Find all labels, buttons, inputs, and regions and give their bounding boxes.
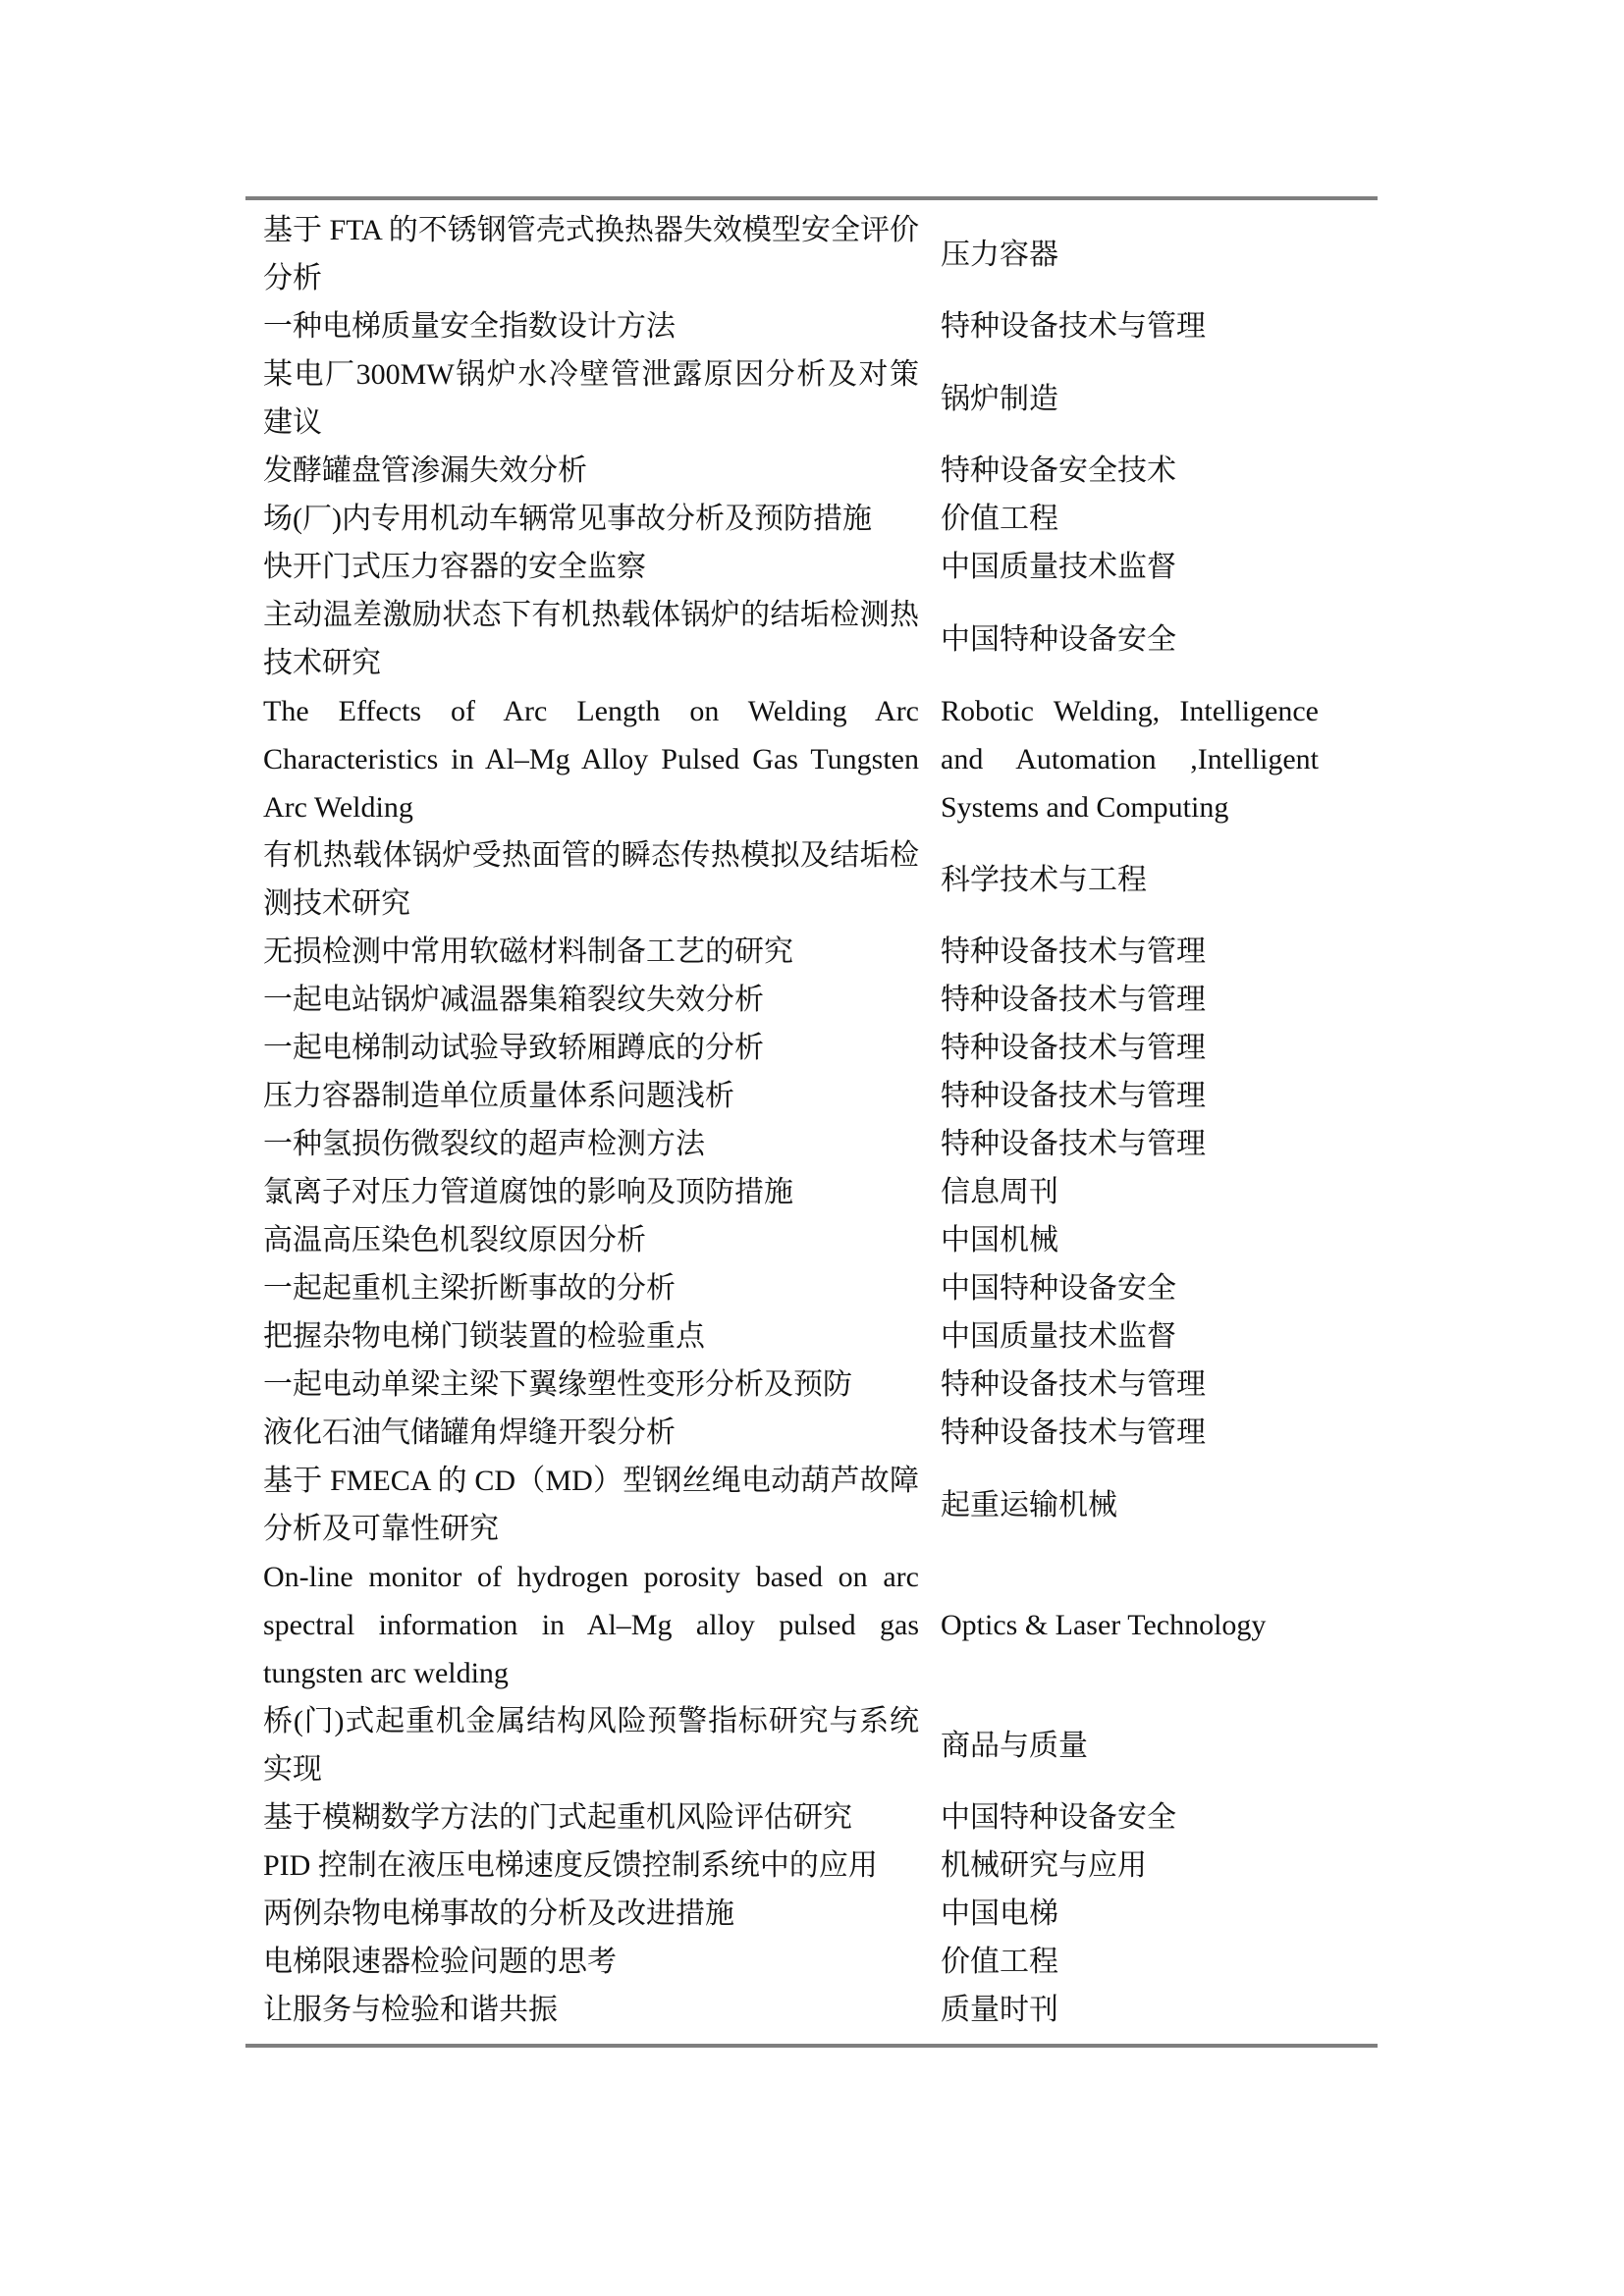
paper-title: 某电厂300MW锅炉水冷壁管泄露原因分析及对策建议 bbox=[245, 350, 941, 447]
journal-name: 信息周刊 bbox=[941, 1168, 1378, 1216]
table-row: 有机热载体锅炉受热面管的瞬态传热模拟及结垢检测技术研究 科学技术与工程 bbox=[245, 831, 1378, 928]
journal-name: 特种设备安全技术 bbox=[941, 447, 1378, 495]
paper-title: 压力容器制造单位质量体系问题浅析 bbox=[245, 1072, 941, 1120]
journal-name: 中国机械 bbox=[941, 1216, 1378, 1264]
journal-name: 价值工程 bbox=[941, 1938, 1378, 1986]
table-row: 一种氢损伤微裂纹的超声检测方法 特种设备技术与管理 bbox=[245, 1120, 1378, 1168]
paper-title: 一起电梯制动试验导致轿厢蹲底的分析 bbox=[245, 1024, 941, 1072]
paper-title: 一种氢损伤微裂纹的超声检测方法 bbox=[245, 1120, 941, 1168]
table-row: PID 控制在液压电梯速度反馈控制系统中的应用 机械研究与应用 bbox=[245, 1842, 1378, 1890]
paper-title: 基于 FMECA 的 CD（MD）型钢丝绳电动葫芦故障分析及可靠性研究 bbox=[245, 1457, 941, 1553]
paper-title: 场(厂)内专用机动车辆常见事故分析及预防措施 bbox=[245, 495, 941, 543]
journal-name: 特种设备技术与管理 bbox=[941, 1072, 1378, 1120]
paper-title: PID 控制在液压电梯速度反馈控制系统中的应用 bbox=[245, 1842, 941, 1890]
paper-title: 主动温差激励状态下有机热载体锅炉的结垢检测热技术研究 bbox=[245, 591, 941, 687]
journal-name: Robotic Welding, Intelligence and Automa… bbox=[941, 687, 1378, 831]
table-row: 主动温差激励状态下有机热载体锅炉的结垢检测热技术研究 中国特种设备安全 bbox=[245, 591, 1378, 687]
table-row: 桥(门)式起重机金属结构风险预警指标研究与系统实现 商品与质量 bbox=[245, 1697, 1378, 1793]
table-row: 电梯限速器检验问题的思考 价值工程 bbox=[245, 1938, 1378, 1986]
table-row: 两例杂物电梯事故的分析及改进措施 中国电梯 bbox=[245, 1890, 1378, 1938]
paper-title: 一种电梯质量安全指数设计方法 bbox=[245, 302, 941, 350]
table-row: 某电厂300MW锅炉水冷壁管泄露原因分析及对策建议 锅炉制造 bbox=[245, 350, 1378, 447]
journal-name: 中国电梯 bbox=[941, 1890, 1378, 1938]
table-row: 液化石油气储罐角焊缝开裂分析 特种设备技术与管理 bbox=[245, 1409, 1378, 1457]
table-row: 一种电梯质量安全指数设计方法 特种设备技术与管理 bbox=[245, 302, 1378, 350]
publication-table: 基于 FTA 的不锈钢管壳式换热器失效模型安全评价分析 压力容器 一种电梯质量安… bbox=[245, 196, 1378, 2048]
paper-title: 高温高压染色机裂纹原因分析 bbox=[245, 1216, 941, 1264]
paper-title: 让服务与检验和谐共振 bbox=[245, 1986, 941, 2034]
table-row: 一起电梯制动试验导致轿厢蹲底的分析 特种设备技术与管理 bbox=[245, 1024, 1378, 1072]
table-row: 把握杂物电梯门锁装置的检验重点 中国质量技术监督 bbox=[245, 1312, 1378, 1361]
table-row: The Effects of Arc Length on Welding Arc… bbox=[245, 687, 1378, 831]
journal-name: 中国特种设备安全 bbox=[941, 1264, 1378, 1312]
paper-title: 基于模糊数学方法的门式起重机风险评估研究 bbox=[245, 1793, 941, 1842]
journal-name: 中国质量技术监督 bbox=[941, 543, 1378, 591]
table-row: 压力容器制造单位质量体系问题浅析 特种设备技术与管理 bbox=[245, 1072, 1378, 1120]
journal-name: 价值工程 bbox=[941, 495, 1378, 543]
journal-name: 锅炉制造 bbox=[941, 375, 1378, 423]
table-row: 无损检测中常用软磁材料制备工艺的研究 特种设备技术与管理 bbox=[245, 928, 1378, 976]
paper-title: The Effects of Arc Length on Welding Arc… bbox=[245, 687, 941, 831]
paper-title: 电梯限速器检验问题的思考 bbox=[245, 1938, 941, 1986]
paper-title: On-line monitor of hydrogen porosity bas… bbox=[245, 1553, 941, 1697]
paper-title: 基于 FTA 的不锈钢管壳式换热器失效模型安全评价分析 bbox=[245, 206, 941, 302]
table-row: 基于 FTA 的不锈钢管壳式换热器失效模型安全评价分析 压力容器 bbox=[245, 206, 1378, 302]
paper-title: 液化石油气储罐角焊缝开裂分析 bbox=[245, 1409, 941, 1457]
journal-name: 中国质量技术监督 bbox=[941, 1312, 1378, 1361]
paper-title: 氯离子对压力管道腐蚀的影响及顶防措施 bbox=[245, 1168, 941, 1216]
journal-name: 特种设备技术与管理 bbox=[941, 928, 1378, 976]
journal-name: 特种设备技术与管理 bbox=[941, 1024, 1378, 1072]
table-row: 发酵罐盘管渗漏失效分析 特种设备安全技术 bbox=[245, 447, 1378, 495]
journal-name: 质量时刊 bbox=[941, 1986, 1378, 2034]
journal-name: 商品与质量 bbox=[941, 1722, 1378, 1770]
table-row: 快开门式压力容器的安全监察 中国质量技术监督 bbox=[245, 543, 1378, 591]
journal-name: 机械研究与应用 bbox=[941, 1842, 1378, 1890]
table-row: 高温高压染色机裂纹原因分析 中国机械 bbox=[245, 1216, 1378, 1264]
paper-title: 一起起重机主梁折断事故的分析 bbox=[245, 1264, 941, 1312]
paper-title: 两例杂物电梯事故的分析及改进措施 bbox=[245, 1890, 941, 1938]
table-row: 一起电动单梁主梁下翼缘塑性变形分析及预防 特种设备技术与管理 bbox=[245, 1361, 1378, 1409]
paper-title: 发酵罐盘管渗漏失效分析 bbox=[245, 447, 941, 495]
journal-name: 中国特种设备安全 bbox=[941, 1793, 1378, 1842]
table-row: 基于模糊数学方法的门式起重机风险评估研究 中国特种设备安全 bbox=[245, 1793, 1378, 1842]
journal-name: 特种设备技术与管理 bbox=[941, 1409, 1378, 1457]
paper-title: 把握杂物电梯门锁装置的检验重点 bbox=[245, 1312, 941, 1361]
paper-title: 一起电动单梁主梁下翼缘塑性变形分析及预防 bbox=[245, 1361, 941, 1409]
paper-title: 无损检测中常用软磁材料制备工艺的研究 bbox=[245, 928, 941, 976]
table-row: 让服务与检验和谐共振 质量时刊 bbox=[245, 1986, 1378, 2034]
table-row: On-line monitor of hydrogen porosity bas… bbox=[245, 1553, 1378, 1697]
table-row: 场(厂)内专用机动车辆常见事故分析及预防措施 价值工程 bbox=[245, 495, 1378, 543]
paper-title: 一起电站锅炉减温器集箱裂纹失效分析 bbox=[245, 976, 941, 1024]
journal-name: 特种设备技术与管理 bbox=[941, 302, 1378, 350]
journal-name: 压力容器 bbox=[941, 231, 1378, 279]
paper-title: 有机热载体锅炉受热面管的瞬态传热模拟及结垢检测技术研究 bbox=[245, 831, 941, 928]
journal-name: 特种设备技术与管理 bbox=[941, 976, 1378, 1024]
journal-name: Optics & Laser Technology bbox=[941, 1601, 1378, 1649]
journal-name: 特种设备技术与管理 bbox=[941, 1120, 1378, 1168]
journal-name: 科学技术与工程 bbox=[941, 856, 1378, 904]
paper-title: 桥(门)式起重机金属结构风险预警指标研究与系统实现 bbox=[245, 1697, 941, 1793]
table-row: 一起电站锅炉减温器集箱裂纹失效分析 特种设备技术与管理 bbox=[245, 976, 1378, 1024]
journal-name: 特种设备技术与管理 bbox=[941, 1361, 1378, 1409]
document-page: 基于 FTA 的不锈钢管壳式换热器失效模型安全评价分析 压力容器 一种电梯质量安… bbox=[0, 0, 1624, 2296]
paper-title: 快开门式压力容器的安全监察 bbox=[245, 543, 941, 591]
journal-name: 中国特种设备安全 bbox=[941, 615, 1378, 664]
journal-name: 起重运输机械 bbox=[941, 1481, 1378, 1529]
table-row: 基于 FMECA 的 CD（MD）型钢丝绳电动葫芦故障分析及可靠性研究 起重运输… bbox=[245, 1457, 1378, 1553]
table-row: 氯离子对压力管道腐蚀的影响及顶防措施 信息周刊 bbox=[245, 1168, 1378, 1216]
table-row: 一起起重机主梁折断事故的分析 中国特种设备安全 bbox=[245, 1264, 1378, 1312]
